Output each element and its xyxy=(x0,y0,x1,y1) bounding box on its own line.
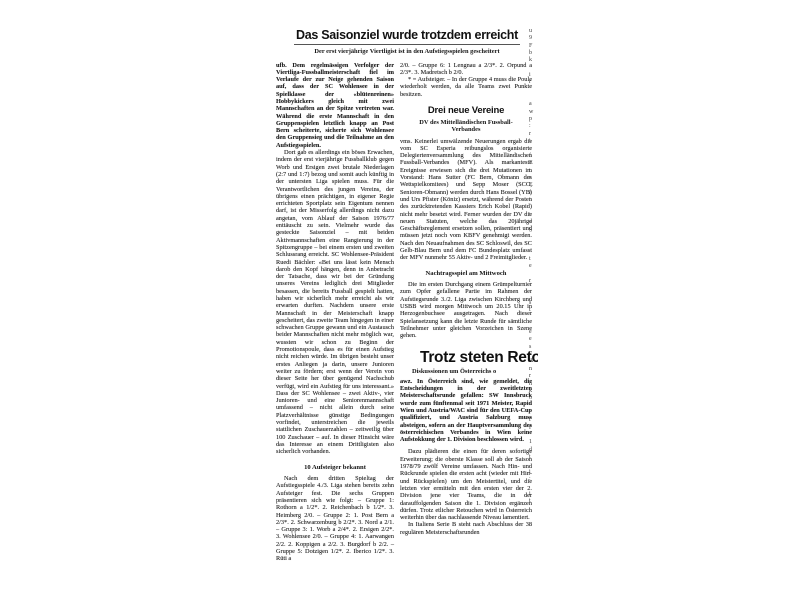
article2-body-paragraph-2: Die im ersten Durchgang einem Grümpeltur… xyxy=(400,281,532,339)
article3-body-paragraph-2: In Italiens Serie B steht nach Abschluss… xyxy=(400,521,532,536)
article3-headline-clipped: Trotz steten Retouche xyxy=(420,349,538,366)
newspaper-scan-area: Das Saisonziel wurde trotzdem erreicht D… xyxy=(276,28,538,574)
article3-body-paragraph: Dazu plädieren die einen für deren sofor… xyxy=(400,448,532,521)
article-columns: ufb. Dem regelmässigen Verfolger der Vie… xyxy=(276,62,538,563)
newspaper-scan-page: { "article1": { "title": "Das Saisonziel… xyxy=(0,0,800,599)
article1-results-continued: 2/0. – Gruppe 6: 1 Lengnau a 2/3*. 2. Or… xyxy=(400,62,532,77)
article2-body-paragraph: vms. Keinerlei umwälzende Neuerungen erg… xyxy=(400,138,532,262)
article1-body-paragraph: Dort gab es allerdings ein böses Erwache… xyxy=(276,149,394,455)
article1-lead-paragraph: ufb. Dem regelmässigen Verfolger der Vie… xyxy=(276,62,394,150)
column-middle: 2/0. – Gruppe 6: 1 Lengnau a 2/3*. 2. Or… xyxy=(400,62,532,563)
article1-subheadline: Der erst vierjährige Viertligist ist in … xyxy=(276,48,538,56)
column-left: ufb. Dem regelmässigen Verfolger der Vie… xyxy=(276,62,394,563)
article1-footnote: * = Aufsteiger. – In der Gruppe 4 muss d… xyxy=(400,76,532,98)
article1-results-paragraph: Nach dem dritten Spieltag der Aufstiegss… xyxy=(276,475,394,563)
article3-subheadline-clipped: Diskussionen um Österreichs o xyxy=(412,368,538,375)
article3-lead-paragraph: awz. In Österreich sind, wie gemeldet, d… xyxy=(400,378,532,444)
article1-headline: Das Saisonziel wurde trotzdem erreicht xyxy=(294,28,520,45)
article2-section-heading: Nachtragsspiel am Mittwoch xyxy=(400,270,532,278)
article2-headline: Drei neue Vereine xyxy=(400,105,532,116)
article2-subheadline: DV des Mittelländischen Fussball-Verband… xyxy=(406,119,526,134)
clipped-column-fragments: u 9 F b k i r a w p : r t f E t r E f i … xyxy=(529,28,538,574)
article1-section-heading: 10 Aufsteiger bekannt xyxy=(276,464,394,472)
